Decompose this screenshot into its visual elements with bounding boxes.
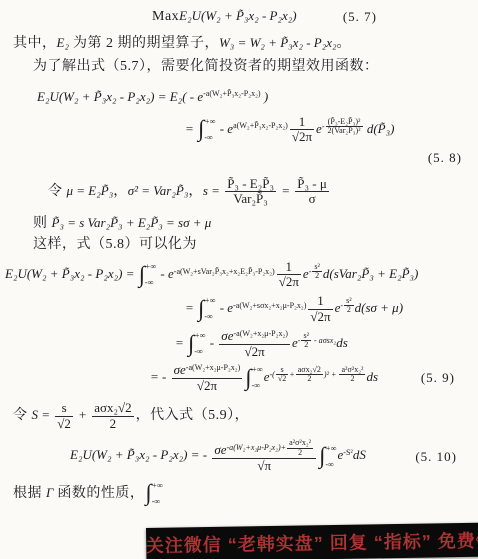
- fraction-numerator: s: [55, 401, 73, 416]
- fraction: s√2: [276, 366, 288, 384]
- fraction-denominator: 2: [301, 340, 311, 349]
- integral-lower-limit: -∞: [145, 279, 156, 287]
- eq-expansion-3: = ∫+∞-∞ - σe-a(W₂+x₂μ-P₂x₂)√2πe-s²2 - aσ…: [175, 329, 478, 359]
- fraction: P̃₃ - μσ: [295, 177, 329, 207]
- fraction-numerator: aσx₂√2: [296, 366, 323, 374]
- page-body: MaxE₂U(W₂ + P̃₃x₂ - P₂x₂)(5. 7)其中，E₂ 为第 …: [0, 0, 478, 506]
- math-text: E₂U(W₂ + P̃₃x₂ - P₂x₂) = E₂( - e: [37, 89, 203, 104]
- integral-limits: +∞-∞: [194, 332, 205, 356]
- math-text: - e: [216, 121, 233, 136]
- superscript: -a(W₂+P̃₃x₂-P₂x₂): [203, 90, 260, 98]
- math-text: +: [289, 370, 294, 379]
- math-text: -a(W₂+x₂μ-P₂x₂)+: [227, 443, 287, 452]
- eq-5-10: E₂U(W₂ + P̃₃x₂ - P₂x₂) = - σe-a(W₂+x₂μ-P…: [70, 439, 478, 473]
- fraction: a²σ²x₂²2: [287, 439, 313, 457]
- fraction: a²σ²x₂²2: [339, 366, 365, 384]
- integral-upper-limit: +∞: [194, 332, 205, 340]
- fraction-denominator: √2π: [172, 378, 243, 394]
- chinese-text: ，: [188, 184, 203, 199]
- fraction: 1√2π: [290, 115, 314, 145]
- math-text: μ = E₂P̃₃: [67, 183, 114, 198]
- chinese-text: 则: [33, 216, 52, 231]
- integral-limits: +∞-∞: [145, 263, 156, 287]
- integral-limits: +∞-∞: [204, 118, 215, 142]
- math-text: -: [298, 336, 301, 345]
- equation-number: (5. 10): [415, 448, 457, 464]
- fraction-denominator: σ: [295, 191, 329, 207]
- math-text: σe: [214, 443, 226, 458]
- chinese-text: 令: [13, 408, 32, 423]
- chinese-text: ，: [113, 184, 128, 199]
- fraction: (P̃₃-E₂P̃₃)²2(Var₂P̃₃)²: [326, 118, 363, 136]
- eq-5-9: = - σe-a(W₂+x₂μ-P₂x₂)√2π∫+∞-∞e-(s√2+aσx₂…: [150, 363, 478, 393]
- integral: ∫+∞-∞: [245, 366, 262, 390]
- fraction-denominator: 2: [339, 374, 365, 383]
- integral-limits: +∞-∞: [325, 445, 336, 469]
- fraction-numerator: a²σ²x₂²: [287, 439, 313, 447]
- fraction-numerator: aσx₂√2: [92, 401, 133, 416]
- def-p3: 则 P̃₃ = s Var₂P̃₃ + E₂P̃₃ = sσ + μ: [33, 215, 478, 233]
- superscript: -a(W₂+sσx₂+x₂μ-P₂x₂): [233, 302, 306, 310]
- math-text: - aσsx₂: [312, 336, 336, 345]
- chinese-text: 令: [48, 184, 67, 199]
- document-page: MaxE₂U(W₂ + P̃₃x₂ - P₂x₂)(5. 7)其中，E₂ 为第 …: [0, 0, 478, 559]
- superscript: -(P̃₃-E₂P̃₃)²2(Var₂P̃₃)²: [322, 118, 364, 136]
- chinese-text: 函数的性质，: [53, 486, 144, 501]
- fraction-denominator: 2: [92, 416, 133, 432]
- math-text: -: [309, 267, 312, 276]
- chinese-text: 这样，式（5.8）可以化为: [33, 237, 197, 252]
- fraction-denominator: 2(Var₂P̃₃)²: [326, 126, 363, 135]
- superscript: -S²: [343, 449, 353, 457]
- fraction: σe-a(W₂+x₂μ-P₂x₂)√2π: [172, 363, 243, 393]
- math-text: σe: [174, 362, 186, 377]
- integral-lower-limit: -∞: [204, 313, 215, 321]
- superscript: -s²2: [309, 263, 323, 281]
- integral-upper-limit: +∞: [204, 118, 215, 126]
- math-text: =: [175, 335, 187, 350]
- fraction-numerator: σe-a(W₂+x₂μ-P₂x₂): [219, 329, 290, 344]
- fraction-denominator: Var₂P̃₃: [225, 191, 276, 207]
- math-text: =: [185, 121, 197, 136]
- math-text: E₂U(W₂ + P̃₃x₂ - P₂x₂): [179, 8, 296, 23]
- math-text: =: [278, 183, 293, 198]
- equation-number: (5. 8): [428, 150, 462, 166]
- math-text: - e: [157, 266, 174, 281]
- math-text: )² +: [324, 370, 339, 379]
- equation-number: (5. 9): [421, 370, 455, 386]
- fraction-denominator: √2: [276, 374, 288, 383]
- math-text: E₂U(W₂ + P̃₃x₂ - P₂x₂) = -: [70, 448, 210, 463]
- text-solve-intro: 为了解出式（5.7），需要化简投资者的期望效用函数：: [33, 58, 478, 76]
- superscript: a(W₂+P̃₃x₂-P₂x₂): [233, 122, 288, 130]
- fraction-denominator: √2π: [308, 309, 332, 325]
- fraction-denominator: 2: [296, 374, 323, 383]
- fraction: aσx₂√22: [296, 366, 323, 384]
- superscript: -a(W₂+x₂μ-P₂x₂): [186, 364, 240, 372]
- superscript: -a(W₂+sVar₂P̃₃x₂+x₂E₂P̃₃-P₂x₂): [174, 268, 275, 276]
- math-text: E₂U(W₂ + P̃₃x₂ - P₂x₂) =: [5, 266, 138, 281]
- fraction-numerator: σe-a(W₂+x₂μ-P₂x₂)+a²σ²x₂²2: [212, 439, 316, 458]
- math-text: S =: [32, 407, 54, 422]
- def-mu-sigma-s: 令 μ = E₂P̃₃，σ² = Var₂P̃₃，s = P̃₃ - E₂P̃₃…: [48, 177, 478, 207]
- math-text: s =: [203, 183, 223, 198]
- fraction-numerator: 1: [277, 260, 301, 275]
- fraction-numerator: s²: [301, 332, 311, 340]
- fraction: 1√2π: [277, 260, 301, 290]
- chinese-text: 其中，: [13, 36, 57, 51]
- math-text: -: [206, 335, 217, 350]
- superscript: -a(W₂+x₂μ-P₂x₂)+a²σ²x₂²2: [227, 439, 315, 457]
- chinese-text: ，代入式（5.9），: [136, 408, 250, 423]
- fraction-numerator: (P̃₃-E₂P̃₃)²: [326, 118, 363, 126]
- integral-lower-limit: -∞: [325, 461, 336, 469]
- fraction: s²2: [312, 263, 322, 281]
- integral-upper-limit: +∞: [252, 366, 263, 374]
- integral-limits: +∞-∞: [204, 297, 215, 321]
- superscript: -a(W₂+x₂μ-P₂x₂): [233, 330, 287, 338]
- chinese-text: 根据: [13, 486, 46, 501]
- math-text: d(P̃₃): [364, 121, 395, 136]
- fraction-denominator: √π: [212, 458, 316, 474]
- math-text: ds: [336, 335, 348, 350]
- fraction-denominator: 2: [344, 305, 354, 314]
- integral-lower-limit: -∞: [194, 348, 205, 356]
- math-text: = -: [150, 369, 170, 384]
- math-text: -: [322, 121, 325, 130]
- chinese-text: 为第 2 期的期望算子，: [69, 36, 219, 51]
- integral-lower-limit: -∞: [252, 382, 263, 390]
- chinese-text: Max: [152, 9, 179, 24]
- integral: ∫+∞-∞: [188, 332, 205, 356]
- fraction: P̃₃ - E₂P̃₃Var₂P̃₃: [225, 177, 276, 207]
- eq-5-8-number: (5. 8): [0, 151, 478, 165]
- equation-number: (5. 7): [343, 9, 377, 25]
- math-text: σe: [221, 328, 233, 343]
- eq-5-8-integral: = ∫+∞-∞ - ea(W₂+P̃₃x₂-P₂x₂)1√2πe-(P̃₃-E₂…: [185, 115, 478, 145]
- math-text: d(sVar₂P̃₃ + E₂P̃₃): [323, 266, 418, 281]
- fraction-numerator: a²σ²x₂²: [339, 366, 365, 374]
- math-text: d(sσ + μ): [355, 300, 403, 315]
- fraction-denominator: 2: [312, 271, 322, 280]
- integral: ∫+∞-∞: [319, 445, 336, 469]
- fraction-numerator: P̃₃ - E₂P̃₃: [225, 177, 276, 192]
- fraction-numerator: s: [276, 366, 288, 374]
- eq-5-7: MaxE₂U(W₂ + P̃₃x₂ - P₂x₂)(5. 7): [152, 8, 478, 26]
- integral: ∫+∞-∞: [145, 482, 162, 506]
- integral: ∫+∞-∞: [198, 118, 215, 142]
- math-text: E₂: [57, 35, 69, 50]
- math-text: - e: [216, 300, 233, 315]
- text-gamma-property: 根据 Γ 函数的性质，∫+∞-∞: [13, 482, 478, 506]
- math-text: ): [261, 89, 269, 104]
- math-text: W₃ = W₂ + P̃₃x₂ - P₂x₂: [219, 35, 337, 50]
- fraction: s²2: [344, 297, 354, 315]
- integral-upper-limit: +∞: [204, 297, 215, 305]
- promo-banner-text: 关注微信 “老韩实盘” 回复 “指标” 免费领: [146, 527, 478, 558]
- integral-lower-limit: -∞: [152, 498, 163, 506]
- math-text: -(: [269, 370, 274, 379]
- fraction-denominator: √2π: [290, 129, 314, 145]
- fraction-numerator: s²: [344, 297, 354, 305]
- math-text: ds: [366, 369, 378, 384]
- math-text: P̃₃ = s Var₂P̃₃ + E₂P̃₃ = sσ + μ: [52, 215, 212, 230]
- math-text: dS: [353, 448, 366, 463]
- fraction: s√2: [55, 401, 73, 431]
- integral-upper-limit: +∞: [145, 263, 156, 271]
- chinese-text: 为了解出式（5.7），需要化简投资者的期望效用函数：: [33, 59, 379, 74]
- math-text: =: [185, 300, 197, 315]
- fraction-numerator: 1: [308, 294, 332, 309]
- fraction-numerator: P̃₃ - μ: [295, 177, 329, 192]
- fraction-denominator: √2: [55, 416, 73, 432]
- def-S: 令 S = s√2 + aσx₂√22，代入式（5.9），: [13, 401, 478, 431]
- fraction-numerator: s²: [312, 263, 322, 271]
- promo-banner: 关注微信 “老韩实盘” 回复 “指标” 免费领: [146, 523, 478, 559]
- math-text: +: [75, 407, 90, 422]
- fraction-denominator: 2: [287, 448, 313, 457]
- integral-upper-limit: +∞: [325, 445, 336, 453]
- integral-upper-limit: +∞: [152, 482, 163, 490]
- text-definition: 其中，E₂ 为第 2 期的期望算子，W₃ = W₂ + P̃₃x₂ - P₂x₂…: [13, 35, 478, 53]
- fraction: 1√2π: [308, 294, 332, 324]
- integral-limits: +∞-∞: [252, 366, 263, 390]
- math-text: -: [340, 301, 343, 310]
- superscript: -s²2: [340, 297, 354, 315]
- eq-expansion-2: = ∫+∞-∞ - e-a(W₂+sσx₂+x₂μ-P₂x₂)1√2πe-s²2…: [185, 294, 478, 324]
- superscript: -(s√2+aσx₂√22)² + a²σ²x₂²2: [269, 366, 366, 384]
- eq-expected-utility: E₂U(W₂ + P̃₃x₂ - P₂x₂) = E₂( - e-a(W₂+P̃…: [37, 89, 478, 105]
- fraction: σe-a(W₂+x₂μ-P₂x₂)+a²σ²x₂²2√π: [212, 439, 316, 473]
- fraction-denominator: √2π: [277, 274, 301, 290]
- fraction: σe-a(W₂+x₂μ-P₂x₂)√2π: [219, 329, 290, 359]
- integral: ∫+∞-∞: [198, 297, 215, 321]
- fraction-denominator: √2π: [219, 344, 290, 360]
- chinese-text: 。: [337, 36, 352, 51]
- fraction: aσx₂√22: [92, 401, 133, 431]
- superscript: -s²2 - aσsx₂: [298, 332, 336, 350]
- integral-limits: +∞-∞: [152, 482, 163, 506]
- fraction: s²2: [301, 332, 311, 350]
- integral-lower-limit: -∞: [204, 134, 215, 142]
- math-text: σ² = Var₂P̃₃: [128, 183, 189, 198]
- fraction-numerator: 1: [290, 115, 314, 130]
- integral: ∫+∞-∞: [139, 263, 156, 287]
- fraction-numerator: σe-a(W₂+x₂μ-P₂x₂): [172, 363, 243, 378]
- text-transform: 这样，式（5.8）可以化为: [33, 236, 478, 254]
- eq-expansion-1: E₂U(W₂ + P̃₃x₂ - P₂x₂) = ∫+∞-∞ - e-a(W₂+…: [5, 260, 478, 290]
